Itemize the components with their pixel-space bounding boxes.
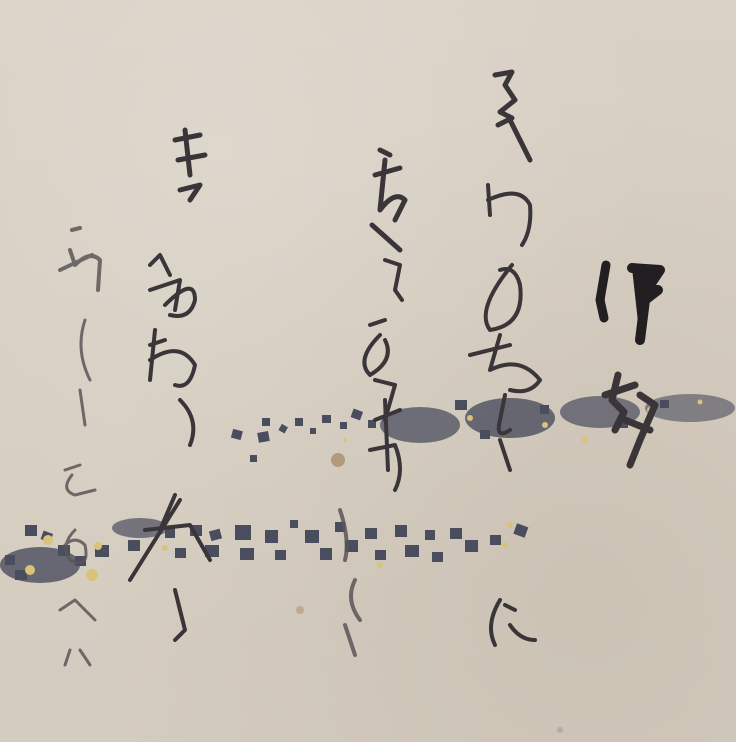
lower-leaf-band <box>0 518 528 583</box>
calligraphy-paper: 伊勢 Japanese kana calligraphy on aged cre… <box>0 0 736 742</box>
paper-stains <box>296 453 563 733</box>
calligraphy-column-1 <box>600 265 660 465</box>
upper-leaf-band <box>231 394 735 462</box>
artwork <box>0 0 736 742</box>
calligraphy-column-4 <box>130 130 210 640</box>
calligraphy-column-5 <box>60 228 100 665</box>
calligraphy-column-2 <box>470 72 540 645</box>
calligraphy-column-3 <box>340 150 405 655</box>
